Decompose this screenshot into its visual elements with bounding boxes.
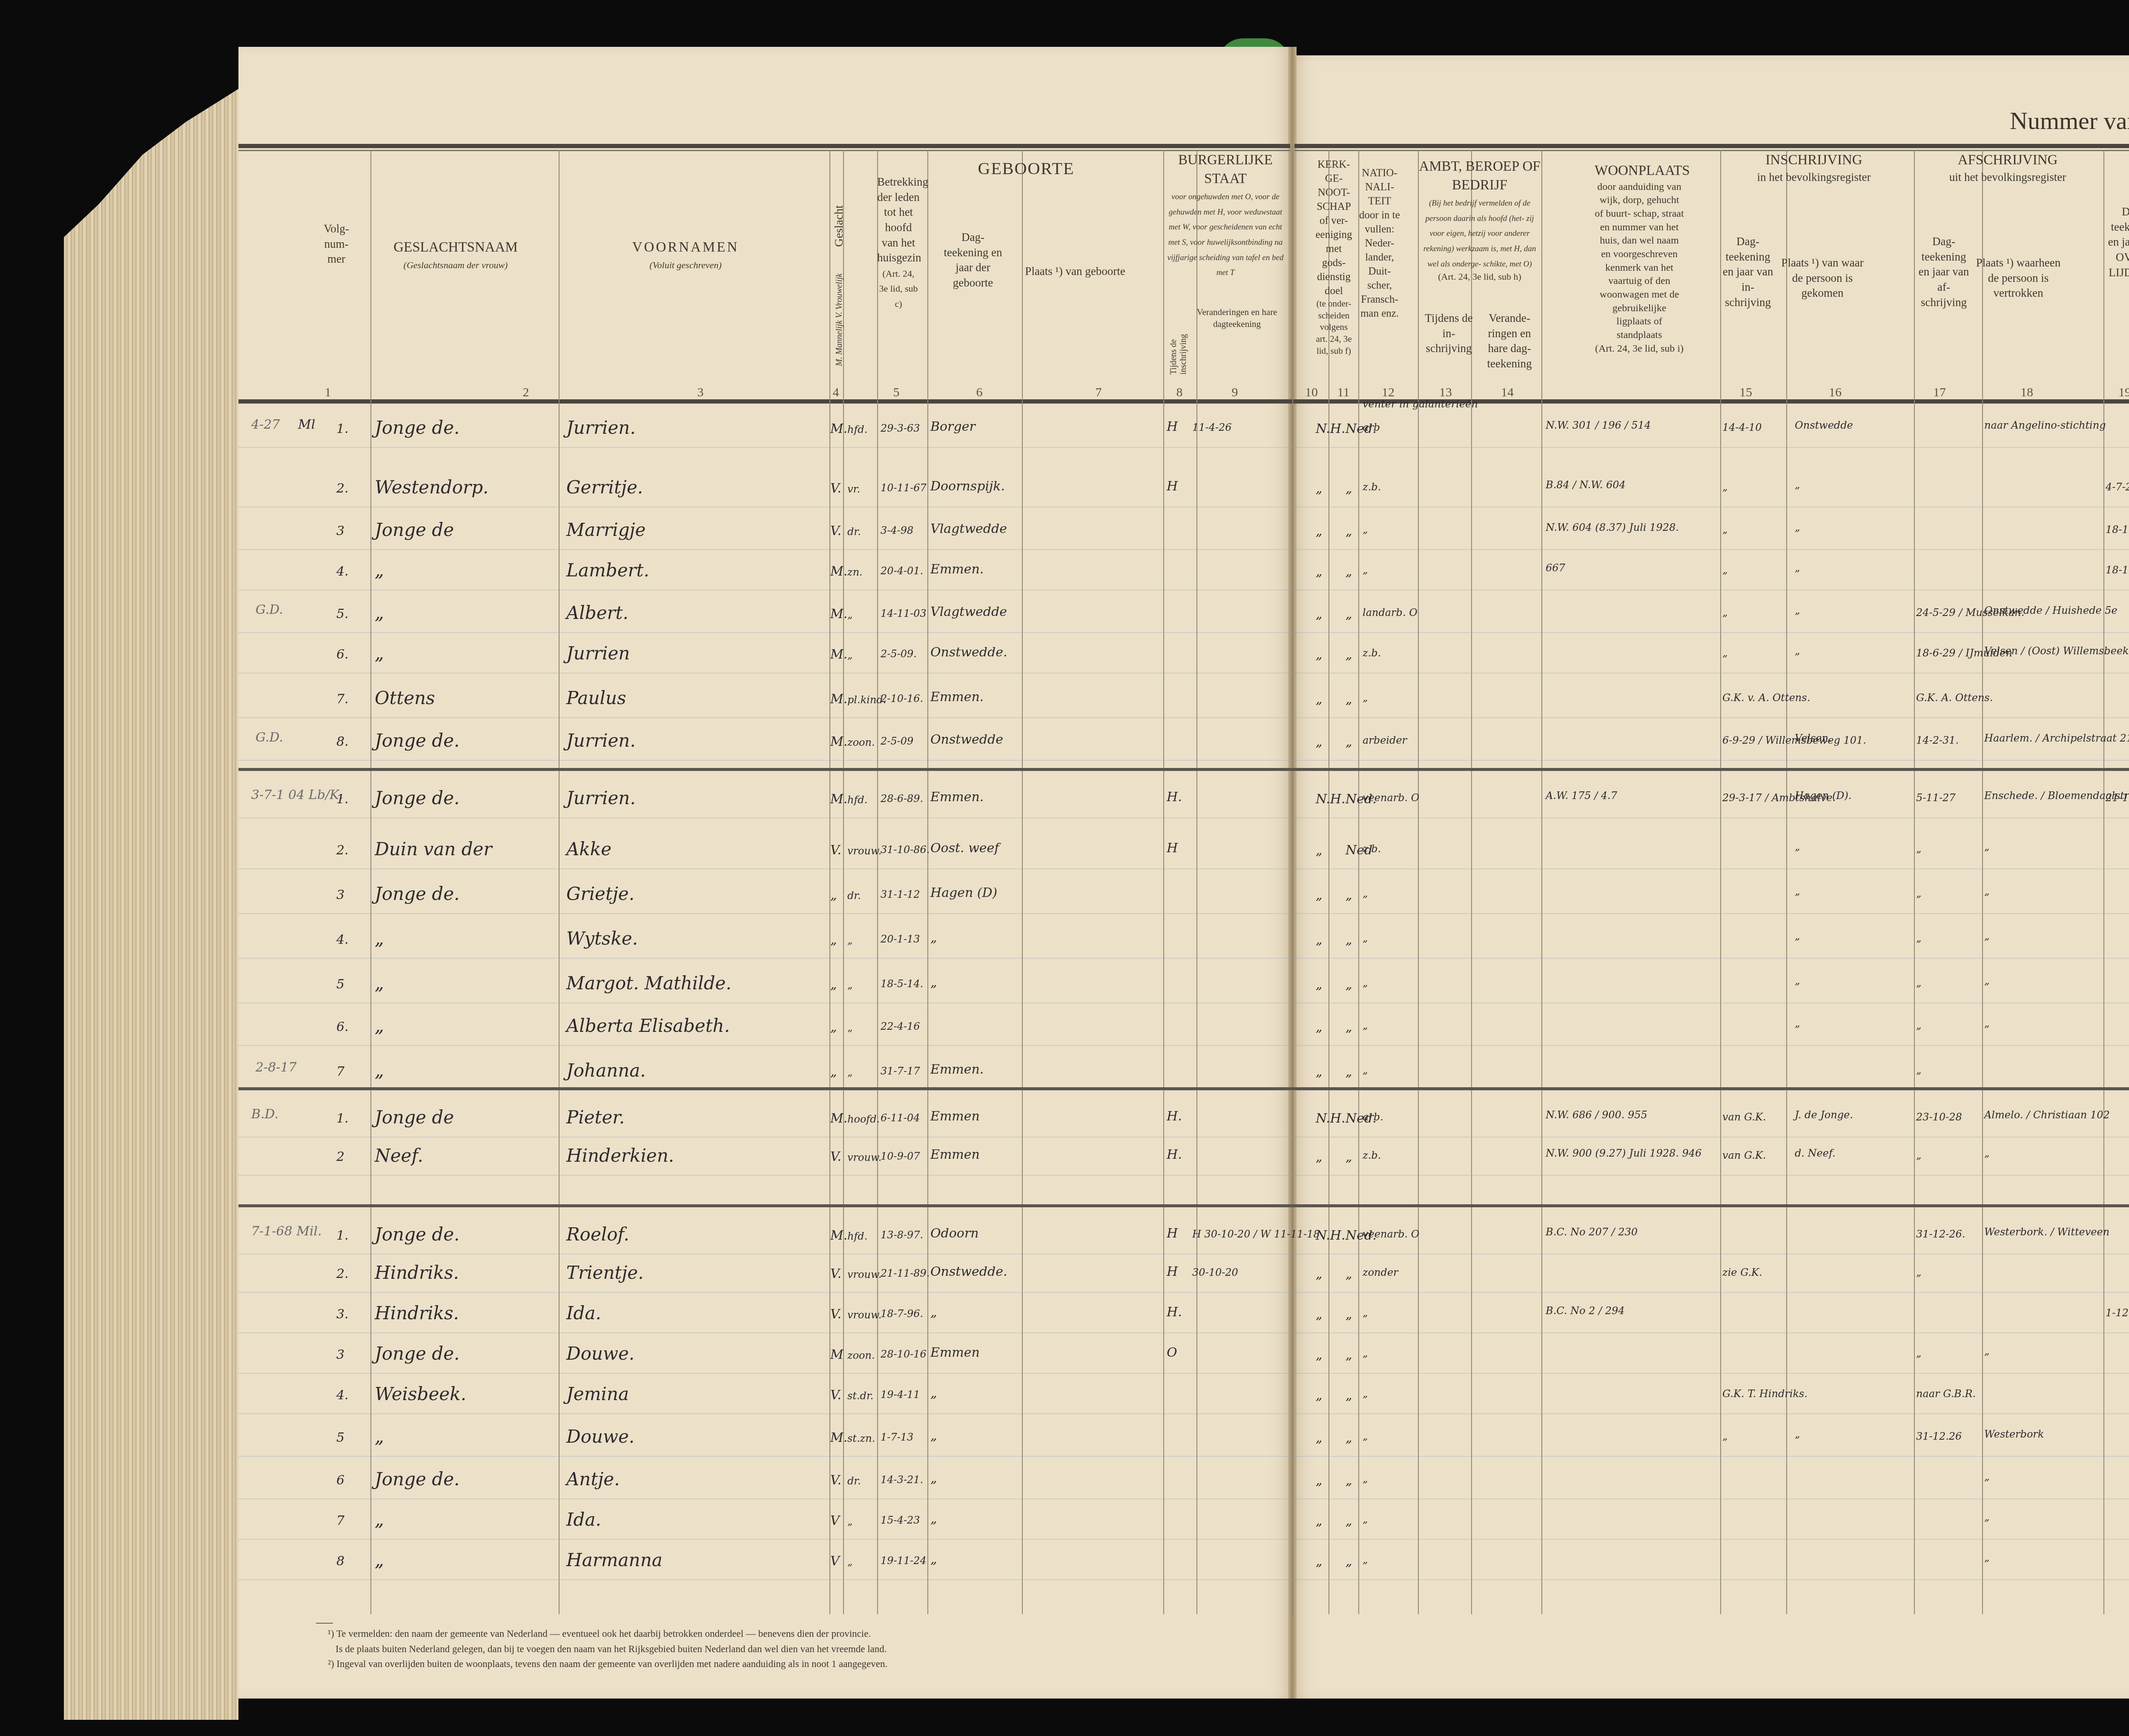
- relation-to-head: zoon.: [847, 736, 875, 748]
- row-number: 2.: [336, 843, 349, 858]
- church: N.H.: [1316, 1111, 1346, 1126]
- occupation: „: [1363, 1020, 1368, 1031]
- row-number: 4.: [336, 1388, 349, 1403]
- ruled-line: [238, 1456, 2129, 1457]
- church: „: [1316, 1307, 1323, 1322]
- col5-header: Betrekking der leden tot het hoofd van h…: [877, 175, 920, 311]
- birth-date: 14-11-03: [881, 607, 927, 619]
- surname: „: [375, 1509, 384, 1530]
- footnote-2: ²) Ingeval van overlijden buiten de woon…: [328, 1656, 887, 1672]
- departed-to: naar Angelino-stichting: [1984, 419, 2106, 431]
- birth-date: 18-7-96.: [881, 1308, 923, 1320]
- occupation: veenarb. O: [1363, 1228, 1420, 1240]
- row-number: 3: [336, 1347, 344, 1362]
- birth-date: 10-11-67: [881, 482, 927, 494]
- relation-to-head: „: [847, 1556, 852, 1568]
- ruled-line: [238, 549, 2129, 550]
- sex: V.: [830, 1473, 841, 1488]
- given-names: Marrigje: [566, 519, 646, 540]
- civil-status: H: [1167, 841, 1178, 856]
- occupation: „: [1363, 564, 1368, 576]
- birth-place: Emmen: [930, 1109, 980, 1124]
- church: „: [1316, 1266, 1323, 1281]
- given-names: Alberta Elisabeth.: [566, 1015, 730, 1036]
- surname: „: [375, 1015, 384, 1036]
- sex: M.: [830, 1228, 847, 1243]
- nationality: „: [1346, 607, 1352, 622]
- civil-status: H: [1167, 1226, 1178, 1241]
- relation-to-head: st.dr.: [847, 1390, 873, 1402]
- birth-place: Odoorn: [930, 1226, 979, 1241]
- nationality: „: [1346, 1473, 1352, 1488]
- address: B.84 / N.W. 604: [1546, 479, 1626, 491]
- birth-date: 15-4-23: [881, 1514, 920, 1526]
- ruled-line: [238, 1003, 2129, 1003]
- departed-to: „: [1984, 930, 1989, 942]
- column-number-2: 2: [513, 385, 539, 400]
- address: N.W. 686 / 900. 955: [1546, 1109, 1647, 1121]
- sex: V.: [830, 481, 841, 496]
- occupation: arbeider: [1363, 734, 1407, 746]
- departed-to: „: [1984, 1147, 1989, 1159]
- sex: V.: [830, 1149, 841, 1164]
- civil-status-change: 11-4-26: [1192, 421, 1232, 433]
- arrived-from: Onstwedde: [1795, 419, 1853, 431]
- row-number: 1.: [336, 792, 349, 807]
- nationality: „: [1346, 647, 1352, 662]
- column-divider: [370, 150, 371, 1614]
- civil-status: H: [1167, 1264, 1178, 1279]
- departed-to: „: [1984, 841, 1989, 853]
- departed-to: „: [1984, 1017, 1989, 1029]
- column-number-16: 16: [1822, 385, 1848, 400]
- occupation: „: [1363, 1307, 1368, 1319]
- sex: M.: [830, 692, 847, 707]
- relation-to-head: vr.: [847, 483, 860, 495]
- col15-header: Dag- teekening en jaar van in- schrijvin…: [1720, 234, 1776, 310]
- registration-date: „: [1722, 647, 1727, 659]
- arrived-from: Hagen (D).: [1795, 790, 1852, 802]
- relation-to-head: dr.: [847, 890, 861, 902]
- row-number: 8.: [336, 734, 349, 749]
- col16-header: Plaats ¹) van waar de persoon is gekomen: [1780, 255, 1865, 301]
- given-names: Gerritje.: [566, 477, 643, 498]
- church: „: [1316, 977, 1323, 992]
- given-names: Grietje.: [566, 883, 634, 904]
- col3-header: VOORNAMEN(Voluit geschreven): [558, 238, 813, 272]
- column-divider: [559, 150, 560, 1614]
- household-margin-note: 4-27: [251, 417, 280, 432]
- given-names: Jurrien: [566, 643, 630, 664]
- surname: Weisbeek.: [375, 1384, 466, 1404]
- household-separator: [238, 1204, 2129, 1207]
- church: „: [1316, 1347, 1323, 1362]
- col7-header: Plaats ¹) van geboorte: [1022, 264, 1128, 279]
- registration-date: „: [1722, 1430, 1727, 1442]
- nationality: „: [1346, 1266, 1352, 1281]
- church: „: [1316, 1064, 1323, 1079]
- column-number-9: 9: [1222, 385, 1248, 400]
- ruled-line: [238, 913, 2129, 914]
- col9-header: Veranderingen en hare dagteekening: [1194, 307, 1280, 330]
- surname: „: [375, 1060, 384, 1081]
- left-page: [238, 47, 1292, 1699]
- sex: M.: [830, 792, 847, 807]
- surname: Jonge de.: [375, 1343, 459, 1364]
- birth-place: Onstwedde: [930, 732, 1003, 747]
- row-number: 2: [336, 1149, 344, 1164]
- given-names: Roelof.: [566, 1224, 629, 1245]
- row-number: 6: [336, 1473, 344, 1488]
- col13-header: Verande- ringen en hare dag- teekening: [1480, 311, 1539, 372]
- birth-place: „: [930, 975, 937, 990]
- occupation: „: [1363, 1554, 1368, 1566]
- relation-to-head: „: [847, 1066, 852, 1078]
- occupation: „: [1363, 1430, 1368, 1442]
- birth-place: „: [930, 1471, 937, 1486]
- surname: Jonge de.: [375, 1224, 459, 1245]
- church: N.H.: [1316, 792, 1346, 807]
- given-names: Jurrien.: [566, 788, 636, 808]
- column-divider: [1471, 150, 1472, 1614]
- surname: „: [375, 1426, 384, 1447]
- church: „: [1316, 932, 1323, 947]
- ruled-line: [238, 1498, 2129, 1499]
- church: „: [1316, 1020, 1323, 1034]
- relation-to-head: „: [847, 1022, 852, 1034]
- surname: Jonge de: [375, 519, 454, 540]
- occupation: „: [1363, 1064, 1368, 1076]
- given-names: Johanna.: [566, 1060, 646, 1081]
- church: „: [1316, 843, 1323, 858]
- deregistration-date: naar G.B.R.: [1916, 1388, 1976, 1400]
- deregistration-date: „: [1916, 932, 1921, 944]
- relation-to-head: zn.: [847, 566, 863, 578]
- birth-place: Emmen: [930, 1345, 980, 1360]
- relation-to-head: vrouw.: [847, 845, 881, 857]
- given-names: Akke: [566, 839, 611, 859]
- col6-header: Dag- teekening en jaar der geboorte: [941, 230, 1005, 291]
- birth-place: Vlagtwedde: [930, 604, 1007, 619]
- registration-date: „: [1722, 481, 1727, 493]
- church: „: [1316, 564, 1323, 579]
- surname: Jonge de.: [375, 730, 459, 751]
- birth-date: 21-11-89.: [881, 1267, 930, 1279]
- given-names: Trientje.: [566, 1262, 644, 1283]
- header-top-rule-left: [238, 144, 1290, 148]
- birth-place: Emmen.: [930, 690, 984, 705]
- surname: Hindriks.: [375, 1303, 459, 1323]
- given-names: Paulus: [566, 688, 626, 708]
- col12-header: Tijdens de in- schrijving: [1422, 311, 1475, 356]
- occupation: z.b.: [1363, 1149, 1381, 1161]
- deregistration-date: „: [1916, 1149, 1921, 1161]
- group-geboorte: GEBOORTE: [928, 158, 1124, 180]
- arrived-from: „: [1795, 930, 1800, 942]
- given-names: Lambert.: [566, 560, 649, 581]
- group-ambt: AMBT, BEROEP OF BEDRIJF(Bij het bedrijf …: [1418, 158, 1541, 283]
- row-number: 1.: [336, 1111, 349, 1126]
- given-names: Ida.: [566, 1509, 601, 1530]
- sex: „: [830, 932, 837, 947]
- col17-header: Dag- teekening en jaar van af- schrijvin…: [1916, 234, 1971, 310]
- relation-to-head: vrouw.: [847, 1269, 881, 1281]
- nationality: „: [1346, 888, 1352, 902]
- nationality: „: [1346, 1020, 1352, 1034]
- deregistration-date: 31-12-26.: [1916, 1228, 1965, 1240]
- deregistration-date: „: [1916, 1064, 1921, 1076]
- occupation: z.b.: [1363, 647, 1381, 659]
- sex: V: [830, 1554, 840, 1569]
- birth-place: Onstwedde.: [930, 645, 1007, 660]
- sex: M.: [830, 564, 847, 579]
- occupation: z.b.: [1363, 481, 1381, 493]
- row-number: 4.: [336, 564, 349, 579]
- birth-date: 3-4-98: [881, 524, 913, 536]
- arrived-from: „: [1795, 841, 1800, 853]
- civil-status: H.: [1167, 1305, 1182, 1320]
- death-date: 1-12-18: [2106, 1307, 2129, 1319]
- col10-header: KERK- GE- NOOT- SCHAPof ver- eeniging me…: [1314, 158, 1354, 357]
- relation-to-head: hoofd.: [847, 1113, 880, 1125]
- relation-to-head: dr.: [847, 526, 861, 538]
- surname: Ottens: [375, 688, 435, 708]
- birth-place: Vlagtwedde: [930, 521, 1007, 536]
- surname: Westendorp.: [375, 477, 488, 498]
- sex: M.: [830, 421, 847, 436]
- church: „: [1316, 1473, 1323, 1488]
- address: B.C. No 2 / 294: [1546, 1305, 1625, 1317]
- relation-to-head: hfd.: [847, 1230, 867, 1242]
- row-number: 5.: [336, 607, 349, 622]
- column-number-12: 12: [1375, 385, 1401, 400]
- deregistration-date: 31-12.26: [1916, 1430, 1962, 1442]
- footnote-rule: [316, 1623, 333, 1624]
- given-names: Jurrien.: [566, 730, 636, 751]
- birth-date: 13-8-97.: [881, 1229, 923, 1241]
- column-number-6: 6: [967, 385, 992, 400]
- column-number-4: 4: [823, 385, 849, 400]
- column-number-11: 11: [1331, 385, 1356, 400]
- relation-to-head: dr.: [847, 1475, 861, 1487]
- nationality: „: [1346, 1347, 1352, 1362]
- surname: Jonge de: [375, 1107, 454, 1128]
- ruled-line: [238, 1332, 2129, 1333]
- household-margin-note: 7-1-68 Mil.: [251, 1224, 322, 1239]
- birth-date: 28-6-89.: [881, 793, 923, 805]
- departed-to: „: [1984, 1511, 1989, 1523]
- church: „: [1316, 692, 1323, 707]
- given-names: Ida.: [566, 1303, 601, 1323]
- death-date: 18-11-18: [2106, 524, 2129, 536]
- arrived-from: „: [1795, 885, 1800, 897]
- address: 667: [1546, 562, 1565, 574]
- surname: Hindriks.: [375, 1262, 459, 1283]
- given-names: Jemina: [566, 1384, 629, 1404]
- household-margin-note: 3-7-1 04 Lb/K.: [251, 788, 343, 802]
- book-page-edges-left: [64, 72, 238, 1720]
- ruled-line: [238, 1413, 2129, 1414]
- column-number-1: 1: [315, 385, 341, 400]
- arrived-from: „: [1795, 975, 1800, 987]
- footnote-1: ¹) Te vermelden: den naam der gemeente v…: [328, 1626, 887, 1641]
- ruled-line: [238, 1254, 2129, 1255]
- deregistration-date: 23-10-28: [1916, 1111, 1962, 1123]
- birth-place: „: [930, 1428, 937, 1443]
- departed-to: „: [1984, 1345, 1989, 1357]
- row-number: 5: [336, 977, 344, 992]
- sheet-number-label: Nummer van het blad: [2010, 106, 2129, 135]
- nationality: „: [1346, 1388, 1352, 1403]
- nationality: „: [1346, 481, 1352, 496]
- column-divider: [1914, 150, 1915, 1614]
- birth-date: 2-5-09.: [881, 648, 917, 660]
- occupation: zonder: [1363, 1266, 1398, 1278]
- surname: Jonge de.: [375, 417, 459, 438]
- departed-to: Velsen / (Oost) Willemsbeekweg 101: [1984, 645, 2129, 657]
- col11-header: NATIO- NALI- TEITdoor in te vullen: Nede…: [1358, 166, 1401, 321]
- birth-date: 14-3-21.: [881, 1474, 923, 1486]
- surname: Neef.: [375, 1145, 423, 1166]
- sex: M.: [830, 607, 847, 622]
- col4-sub: M. Mannelijk V. Vrouwelijk: [835, 272, 844, 366]
- row-number: 3: [336, 888, 344, 902]
- church: „: [1316, 1513, 1323, 1528]
- surname: „: [375, 560, 384, 581]
- church: „: [1316, 1430, 1323, 1445]
- ruled-line: [238, 1175, 2129, 1176]
- birth-date: 20-1-13: [881, 933, 920, 945]
- registration-date: G.K. v. A. Ottens.: [1722, 692, 1810, 704]
- deregistration-date: G.K. A. Ottens.: [1916, 692, 1993, 704]
- column-number-13: 13: [1433, 385, 1458, 400]
- row-number: 2.: [336, 1266, 349, 1281]
- column-divider: [1163, 150, 1164, 1614]
- arrived-from: „: [1795, 479, 1800, 491]
- surname: „: [375, 1550, 384, 1570]
- birth-place: „: [930, 930, 937, 945]
- col1-header: Volg- num- mer: [317, 221, 356, 267]
- arrived-from: „: [1795, 604, 1800, 616]
- relation-to-head: „: [847, 934, 852, 946]
- church: „: [1316, 481, 1323, 496]
- row-number: 7: [336, 1513, 344, 1528]
- arrived-from: d. Neef.: [1795, 1147, 1836, 1159]
- ruled-line: [238, 868, 2129, 869]
- column-divider: [843, 150, 844, 1614]
- group-inschrijving: INSCHRIJVINGin het bevolkingsregister: [1720, 151, 1908, 185]
- address: N.W. 301 / 196 / 514: [1546, 419, 1651, 431]
- church: „: [1316, 524, 1323, 539]
- occupation: „: [1363, 524, 1368, 536]
- nationality: „: [1346, 1064, 1352, 1079]
- col14-header: WOONPLAATSdoor aanduiding van wijk, dorp…: [1595, 162, 1684, 355]
- column-number-5: 5: [884, 385, 909, 400]
- household-separator: [238, 768, 2129, 771]
- ruled-line: [238, 590, 2129, 590]
- church: „: [1316, 1149, 1323, 1164]
- relation-to-head: „: [847, 1515, 852, 1527]
- address: N.W. 900 (9.27) Juli 1928. 946: [1546, 1147, 1701, 1159]
- occupation: „: [1363, 1388, 1368, 1400]
- occupation: „: [1363, 888, 1368, 900]
- ruled-line: [238, 1292, 2129, 1293]
- birth-place: Emmen.: [930, 790, 984, 805]
- birth-place: Borger: [930, 419, 976, 434]
- church: „: [1316, 734, 1323, 749]
- surname: Jonge de.: [375, 883, 459, 904]
- given-names: Antje.: [566, 1469, 620, 1490]
- household-margin-note: B.D.: [251, 1107, 278, 1122]
- column-divider: [927, 150, 928, 1614]
- column-divider: [1328, 150, 1329, 1614]
- row-number: 4.: [336, 932, 349, 947]
- nationality: „: [1346, 1513, 1352, 1528]
- birth-date: 10-9-07: [881, 1150, 920, 1162]
- birth-date: 2-5-09: [881, 735, 913, 747]
- row-number: 8: [336, 1554, 344, 1569]
- nationality: „: [1346, 1554, 1352, 1569]
- row-margin-note: G.D.: [255, 602, 283, 617]
- church: „: [1316, 1554, 1323, 1569]
- ruled-line: [238, 1373, 2129, 1374]
- col18-header: Plaats ¹) waarheen de persoon is vertrok…: [1976, 255, 2061, 301]
- row-number: 7.: [336, 692, 349, 707]
- group-burgerlijke-staat: BURGERLIJKE STAATvoor ongehuwden met O, …: [1166, 151, 1285, 279]
- household-separator: [238, 1087, 2129, 1090]
- birth-date: 20-4-01.: [881, 565, 923, 577]
- address: B.C. No 207 / 230: [1546, 1226, 1638, 1238]
- registration-date: „: [1722, 607, 1727, 619]
- arrived-from: „: [1795, 521, 1800, 533]
- birth-place: Emmen: [930, 1147, 980, 1162]
- sex: V.: [830, 843, 841, 858]
- column-divider: [1720, 150, 1721, 1614]
- death-date: 21-1-1912 gehuwd te Hagen (D): [2106, 792, 2129, 804]
- col19-header: Dag- teekening en jaar van OVER- LIJDEN …: [2108, 204, 2129, 280]
- ruled-line: [238, 817, 2129, 818]
- header-top-rule-right: [1294, 144, 2129, 148]
- ruled-line: [238, 673, 2129, 673]
- footnote-1-cont: Is de plaats buiten Nederland gelegen, d…: [328, 1641, 887, 1657]
- occupation-note: venter in galanterieën: [1363, 398, 1478, 410]
- occupation: „: [1363, 977, 1368, 989]
- departed-to: Westerbork: [1984, 1428, 2044, 1440]
- church: „: [1316, 607, 1323, 622]
- nationality: „: [1346, 1149, 1352, 1164]
- birth-place: „: [930, 1511, 937, 1526]
- nationality: „: [1346, 932, 1352, 947]
- birth-date: 6-11-04: [881, 1112, 920, 1124]
- ruled-line: [238, 1539, 2129, 1540]
- nationality: „: [1346, 524, 1352, 539]
- registration-date: 6-9-29 / Willemsbeweg 101.: [1722, 734, 1866, 746]
- ruled-line: [238, 447, 2129, 448]
- civil-status: H.: [1167, 790, 1182, 805]
- deregistration-date: „: [1916, 1347, 1921, 1359]
- church: „: [1316, 1388, 1323, 1403]
- relation-to-head: „: [847, 979, 852, 991]
- church: „: [1316, 647, 1323, 662]
- nationality: „: [1346, 1430, 1352, 1445]
- deregistration-date: 5-11-27: [1916, 792, 1956, 804]
- departed-to: „: [1984, 975, 1989, 987]
- civil-status: H.: [1167, 1109, 1182, 1124]
- departed-to: „: [1984, 1552, 1989, 1564]
- relation-to-head: zoon.: [847, 1349, 875, 1361]
- row-margin-note: 2-8-17: [255, 1060, 297, 1075]
- given-names: Albert.: [566, 602, 628, 623]
